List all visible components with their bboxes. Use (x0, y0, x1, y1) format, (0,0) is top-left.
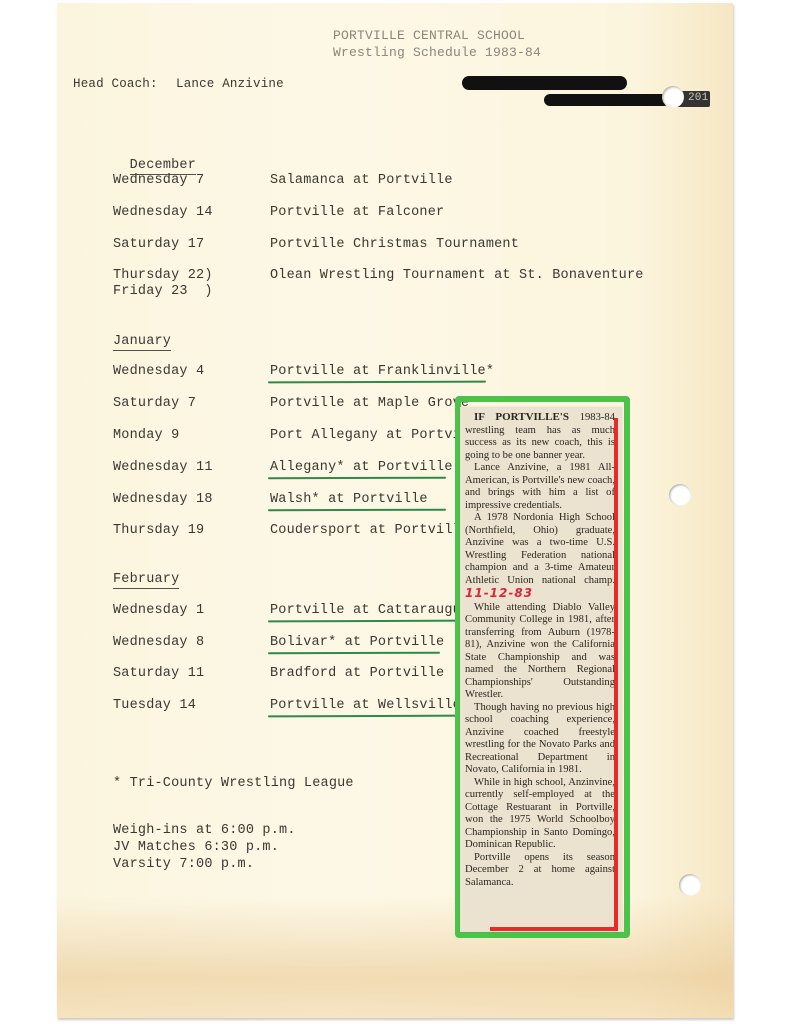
month-label: January (113, 334, 171, 351)
redacted-suffix: 201 (688, 92, 708, 104)
coach-name: Lance Anzivine (176, 77, 284, 91)
event-description: Portville at Falconer (270, 205, 444, 220)
redacted-line-2 (544, 94, 670, 106)
month-label: February (113, 572, 179, 589)
event-description: Portville at Franklinville* (270, 364, 494, 379)
clipping-paragraph: While attending Diablo Valley Community … (465, 602, 615, 702)
punch-hole-middle (669, 484, 691, 506)
month-heading-february: February (113, 572, 179, 587)
month-heading-december: December (113, 143, 196, 173)
event-description: Coudersport at Portville (270, 523, 469, 538)
jv-match-time: JV Matches 6:30 p.m. (113, 840, 279, 855)
punch-hole-top (662, 86, 684, 108)
event-date: Thursday 19 (113, 523, 204, 538)
schedule-title: Wrestling Schedule 1983-84 (333, 45, 541, 60)
event-description: Olean Wrestling Tournament at St. Bonave… (270, 268, 644, 283)
league-footnote: * Tri-County Wrestling League (113, 776, 354, 791)
event-description: Bolivar* at Portville (270, 635, 444, 650)
event-date: Tuesday 14 (113, 698, 196, 713)
coach-label: Head Coach: (73, 77, 158, 91)
event-date-secondary: Friday 23 ) (113, 284, 213, 299)
event-description: Portville Christmas Tournament (270, 237, 519, 252)
event-description: Allegany* at Portville (270, 460, 453, 475)
event-description: Port Allegany at Portvil (270, 428, 469, 443)
clipping-lead: IF PORTVILLE'S (474, 411, 569, 423)
clipping-paragraph: Lance Anzivine, a 1981 All-American, is … (465, 462, 615, 512)
newspaper-clipping: IF PORTVILLE'S 1983-84 wrestling team ha… (460, 407, 622, 932)
event-description: Portville at Maple Grove (270, 396, 469, 411)
clipping-paragraph: IF PORTVILLE'S 1983-84 wrestling team ha… (465, 411, 615, 462)
clipping-paragraph: Though having no previous high school co… (465, 702, 615, 777)
event-date: Thursday 22) (113, 268, 213, 283)
event-date: Wednesday 8 (113, 635, 204, 650)
event-date: Wednesday 18 (113, 492, 213, 507)
clipping-paragraph: Portville opens its season December 2 at… (465, 852, 615, 890)
event-date: Saturday 11 (113, 666, 204, 681)
event-description: Bradford at Portville (270, 666, 444, 681)
red-marker-bottom (490, 927, 618, 931)
red-marker-right (614, 418, 618, 928)
event-date: Monday 9 (113, 428, 179, 443)
month-heading-january: January (113, 334, 171, 349)
event-date: Saturday 7 (113, 396, 196, 411)
event-date: Saturday 17 (113, 237, 204, 252)
clipping-paragraph: A 1978 Nordonia High School (Northfield,… (465, 512, 615, 602)
punch-hole-bottom (679, 874, 701, 896)
event-description: Portville at Cattaraugus* (270, 603, 478, 618)
weigh-in-time: Weigh-ins at 6:00 p.m. (113, 823, 296, 838)
event-date: Wednesday 14 (113, 205, 213, 220)
clipping-paragraph: While in high school, Anzinvine, current… (465, 777, 615, 852)
event-description: Salamanca at Portville (270, 173, 453, 188)
event-date: Wednesday 4 (113, 364, 204, 379)
event-description: Walsh* at Portville (270, 492, 428, 507)
event-date: Wednesday 11 (113, 460, 213, 475)
clipping-article: IF PORTVILLE'S 1983-84 wrestling team ha… (465, 411, 615, 889)
handwritten-date: 11-12-83 (465, 586, 533, 600)
varsity-time: Varsity 7:00 p.m. (113, 857, 254, 872)
redacted-line-1 (462, 76, 627, 90)
school-name: PORTVILLE CENTRAL SCHOOL (333, 28, 525, 43)
event-date: Wednesday 1 (113, 603, 204, 618)
event-date: Wednesday 7 (113, 173, 204, 188)
event-description: Portville at Wellsville* (270, 698, 469, 713)
